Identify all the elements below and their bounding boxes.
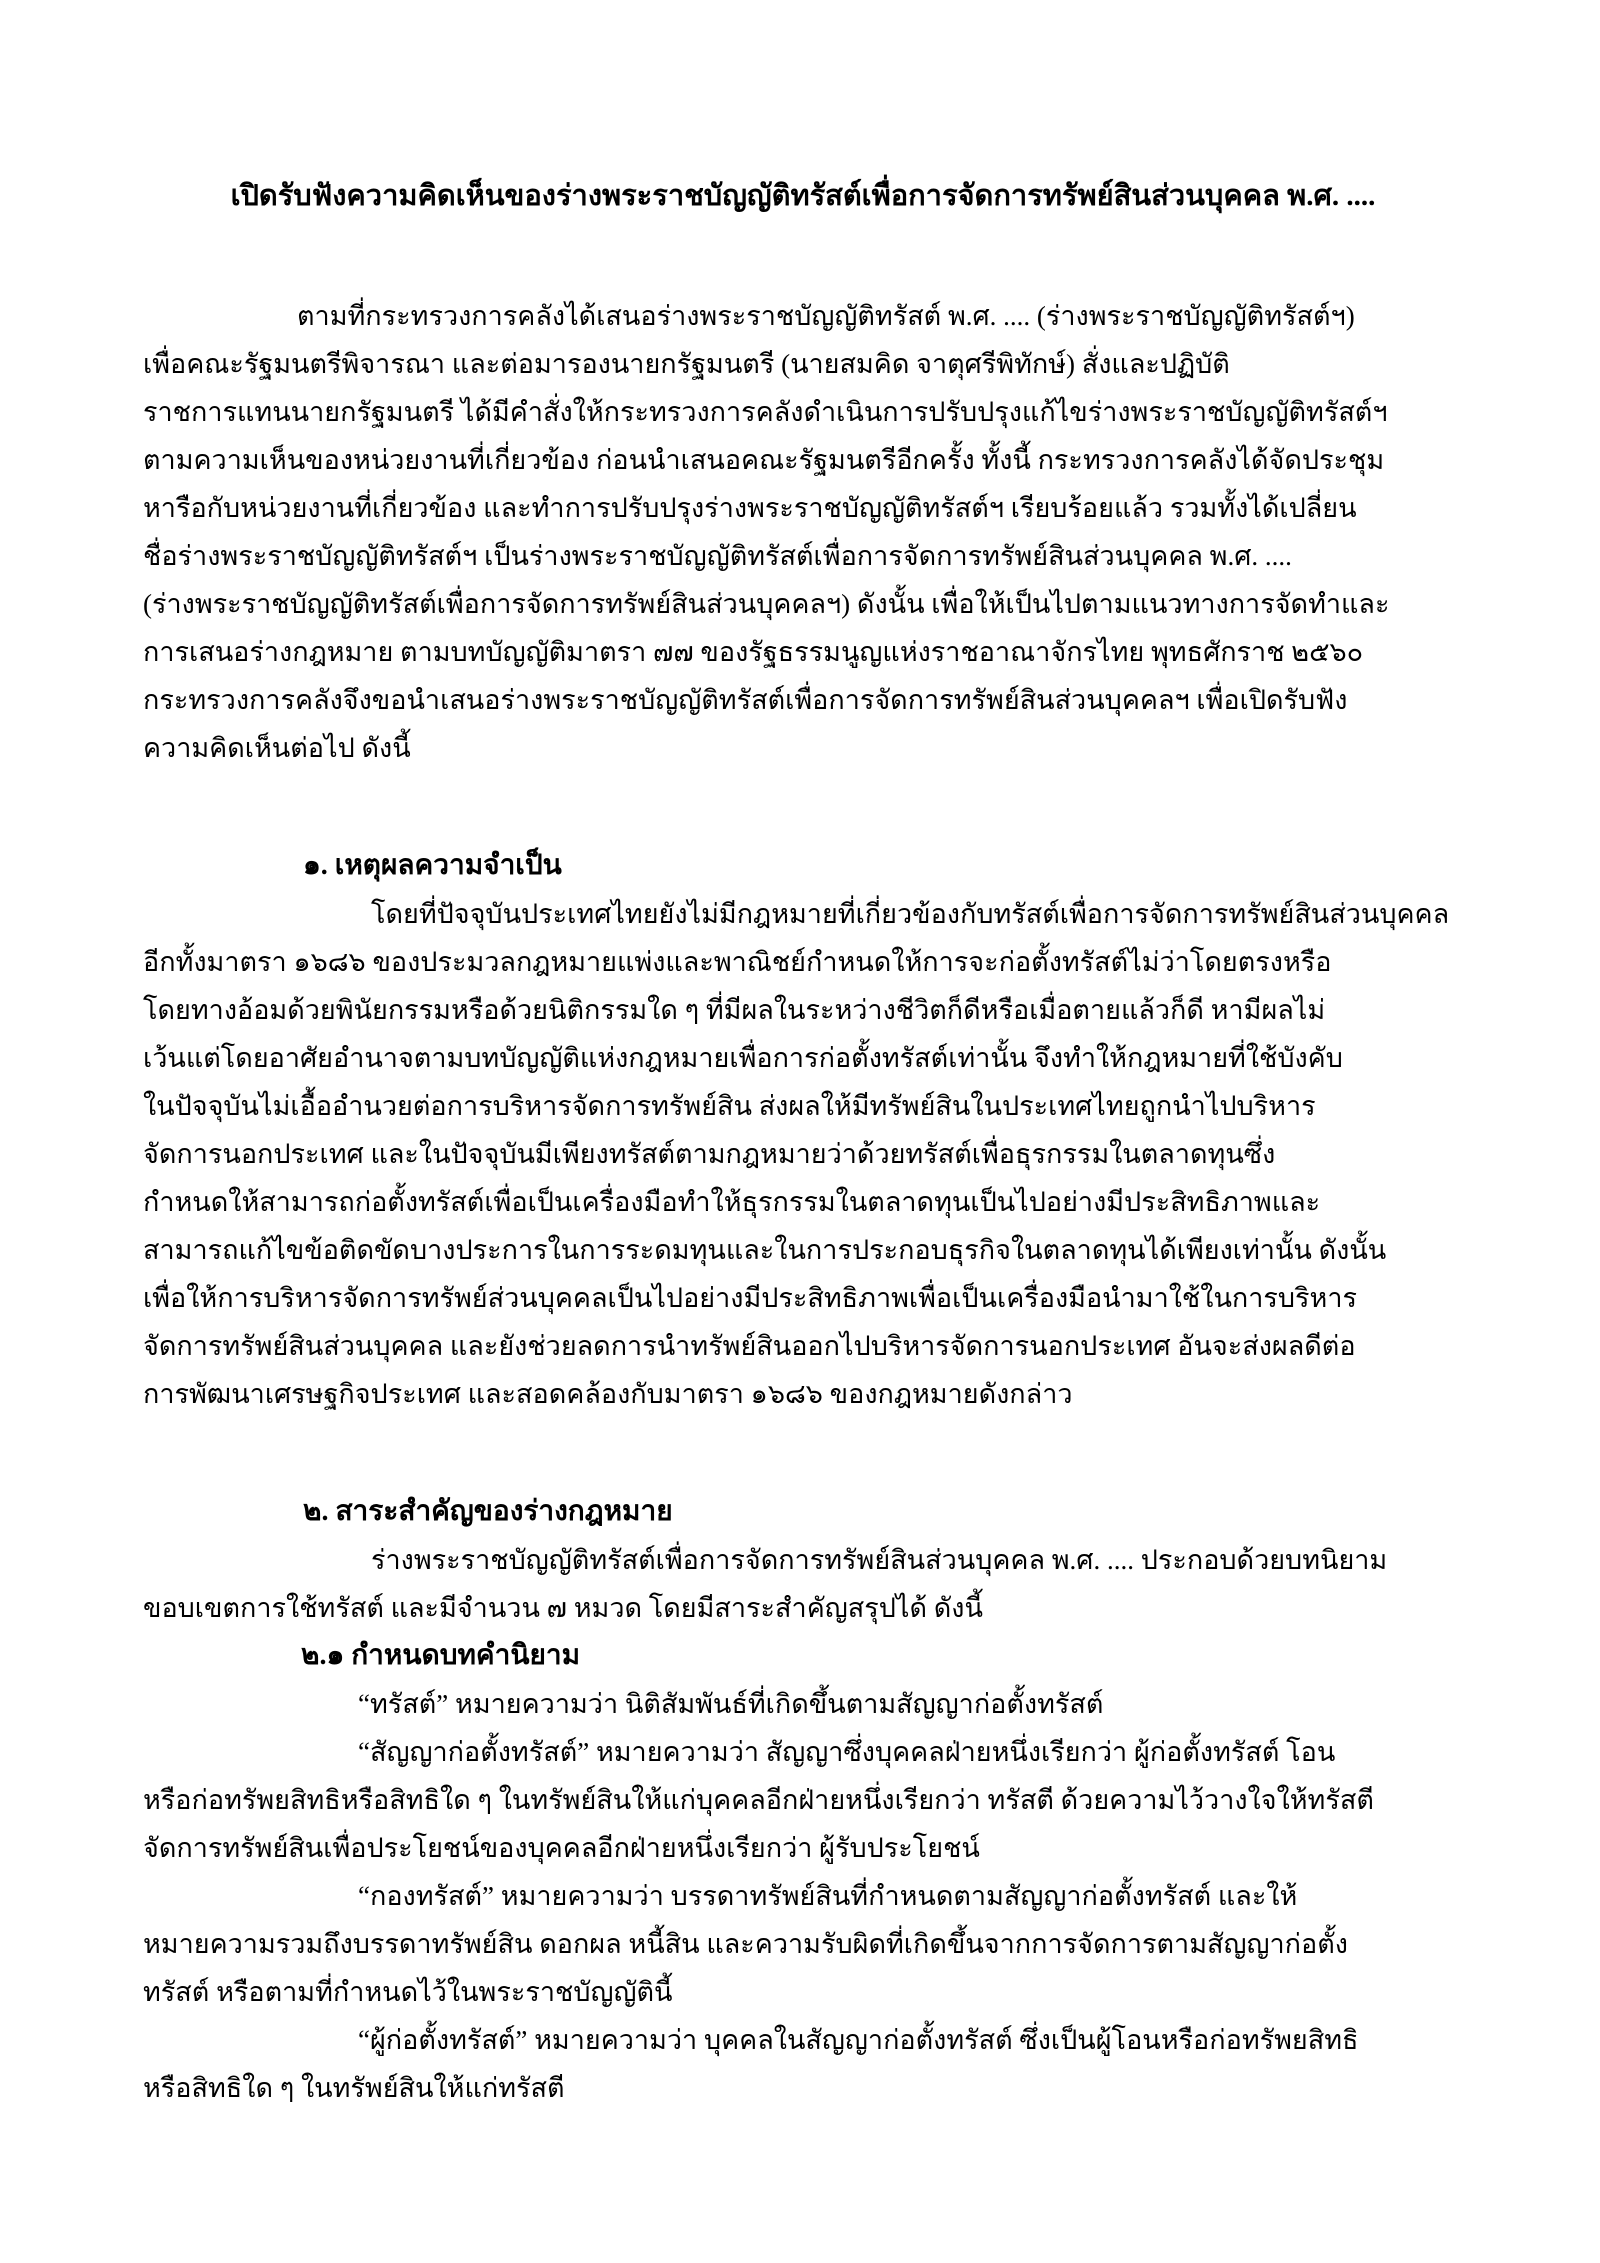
text-line: หรือสิทธิใด ๆ ในทรัพย์สินให้แก่ทรัสตี	[143, 2064, 1463, 2112]
text-line: ความคิดเห็นต่อไป ดังนี้	[143, 724, 1463, 772]
text-line: (ร่างพระราชบัญญัติทรัสต์เพื่อการจัดการทร…	[143, 580, 1463, 628]
definition-trust: “ทรัสต์” หมายความว่า นิติสัมพันธ์ที่เกิด…	[143, 1680, 1463, 1728]
text-line: โดยทางอ้อมด้วยพินัยกรรมหรือด้วยนิติกรรมใ…	[143, 986, 1463, 1034]
section-1-paragraph: โดยที่ปัจจุบันประเทศไทยยังไม่มีกฎหมายที่…	[143, 890, 1463, 1418]
text-line: กระทรวงการคลังจึงขอนำเสนอร่างพระราชบัญญั…	[143, 676, 1463, 724]
document-page: เปิดรับฟังความคิดเห็นของร่างพระราชบัญญัต…	[0, 0, 1600, 2263]
definition-trust-settlor: “ผู้ก่อตั้งทรัสต์” หมายความว่า บุคคลในสั…	[143, 2016, 1463, 2112]
text-line: “กองทรัสต์” หมายความว่า บรรดาทรัพย์สินที…	[143, 1872, 1463, 1920]
text-line: ในปัจจุบันไม่เอื้ออำนวยต่อการบริหารจัดกา…	[143, 1082, 1463, 1130]
text-line: ตามที่กระทรวงการคลังได้เสนอร่างพระราชบัญ…	[143, 292, 1463, 340]
text-line: การเสนอร่างกฎหมาย ตามบทบัญญัติมาตรา ๗๗ ข…	[143, 628, 1463, 676]
text-line: ราชการแทนนายกรัฐมนตรี ได้มีคำสั่งให้กระท…	[143, 388, 1463, 436]
text-line: จัดการทรัพย์สินส่วนบุคคล และยังช่วยลดการ…	[143, 1322, 1463, 1370]
text-line: การพัฒนาเศรษฐกิจประเทศ และสอดคล้องกับมาต…	[143, 1370, 1463, 1418]
text-line: ทรัสต์ หรือตามที่กำหนดไว้ในพระราชบัญญัติ…	[143, 1968, 1463, 2016]
text-line: ขอบเขตการใช้ทรัสต์ และมีจำนวน ๗ หมวด โดย…	[143, 1584, 1463, 1632]
text-line: เพื่อคณะรัฐมนตรีพิจารณา และต่อมารองนายกร…	[143, 340, 1463, 388]
document-title: เปิดรับฟังความคิดเห็นของร่างพระราชบัญญัต…	[143, 172, 1463, 220]
section-2-heading: ๒. สาระสำคัญของร่างกฎหมาย	[143, 1488, 1463, 1536]
text-line: หรือก่อทรัพยสิทธิหรือสิทธิใด ๆ ในทรัพย์ส…	[143, 1776, 1463, 1824]
intro-paragraph: ตามที่กระทรวงการคลังได้เสนอร่างพระราชบัญ…	[143, 292, 1463, 772]
text-line: อีกทั้งมาตรา ๑๖๘๖ ของประมวลกฎหมายแพ่งและ…	[143, 938, 1463, 986]
section-2-1-heading: ๒.๑ กำหนดบทคำนิยาม	[143, 1632, 1463, 1680]
text-line: “ผู้ก่อตั้งทรัสต์” หมายความว่า บุคคลในสั…	[143, 2016, 1463, 2064]
text-line: หารือกับหน่วยงานที่เกี่ยวข้อง และทำการปร…	[143, 484, 1463, 532]
text-line: กำหนดให้สามารถก่อตั้งทรัสต์เพื่อเป็นเครื…	[143, 1178, 1463, 1226]
section-1-heading: ๑. เหตุผลความจำเป็น	[143, 842, 1463, 890]
text-line: หมายความรวมถึงบรรดาทรัพย์สิน ดอกผล หนี้ส…	[143, 1920, 1463, 1968]
text-line: เว้นแต่โดยอาศัยอำนาจตามบทบัญญัติแห่งกฎหม…	[143, 1034, 1463, 1082]
section-2-intro-paragraph: ร่างพระราชบัญญัติทรัสต์เพื่อการจัดการทรั…	[143, 1536, 1463, 1632]
text-line: ร่างพระราชบัญญัติทรัสต์เพื่อการจัดการทรั…	[143, 1536, 1463, 1584]
text-line: โดยที่ปัจจุบันประเทศไทยยังไม่มีกฎหมายที่…	[143, 890, 1463, 938]
text-line: จัดการนอกประเทศ และในปัจจุบันมีเพียงทรัส…	[143, 1130, 1463, 1178]
definition-trust-fund: “กองทรัสต์” หมายความว่า บรรดาทรัพย์สินที…	[143, 1872, 1463, 2016]
text-line: “สัญญาก่อตั้งทรัสต์” หมายความว่า สัญญาซึ…	[143, 1728, 1463, 1776]
text-line: ชื่อร่างพระราชบัญญัติทรัสต์ฯ เป็นร่างพระ…	[143, 532, 1463, 580]
text-line: สามารถแก้ไขข้อติดขัดบางประการในการระดมทุ…	[143, 1226, 1463, 1274]
text-line: จัดการทรัพย์สินเพื่อประโยชน์ของบุคคลอีกฝ…	[143, 1824, 1463, 1872]
text-line: “ทรัสต์” หมายความว่า นิติสัมพันธ์ที่เกิด…	[143, 1680, 1463, 1728]
definition-trust-contract: “สัญญาก่อตั้งทรัสต์” หมายความว่า สัญญาซึ…	[143, 1728, 1463, 1872]
text-line: เพื่อให้การบริหารจัดการทรัพย์ส่วนบุคคลเป…	[143, 1274, 1463, 1322]
text-line: ตามความเห็นของหน่วยงานที่เกี่ยวข้อง ก่อน…	[143, 436, 1463, 484]
